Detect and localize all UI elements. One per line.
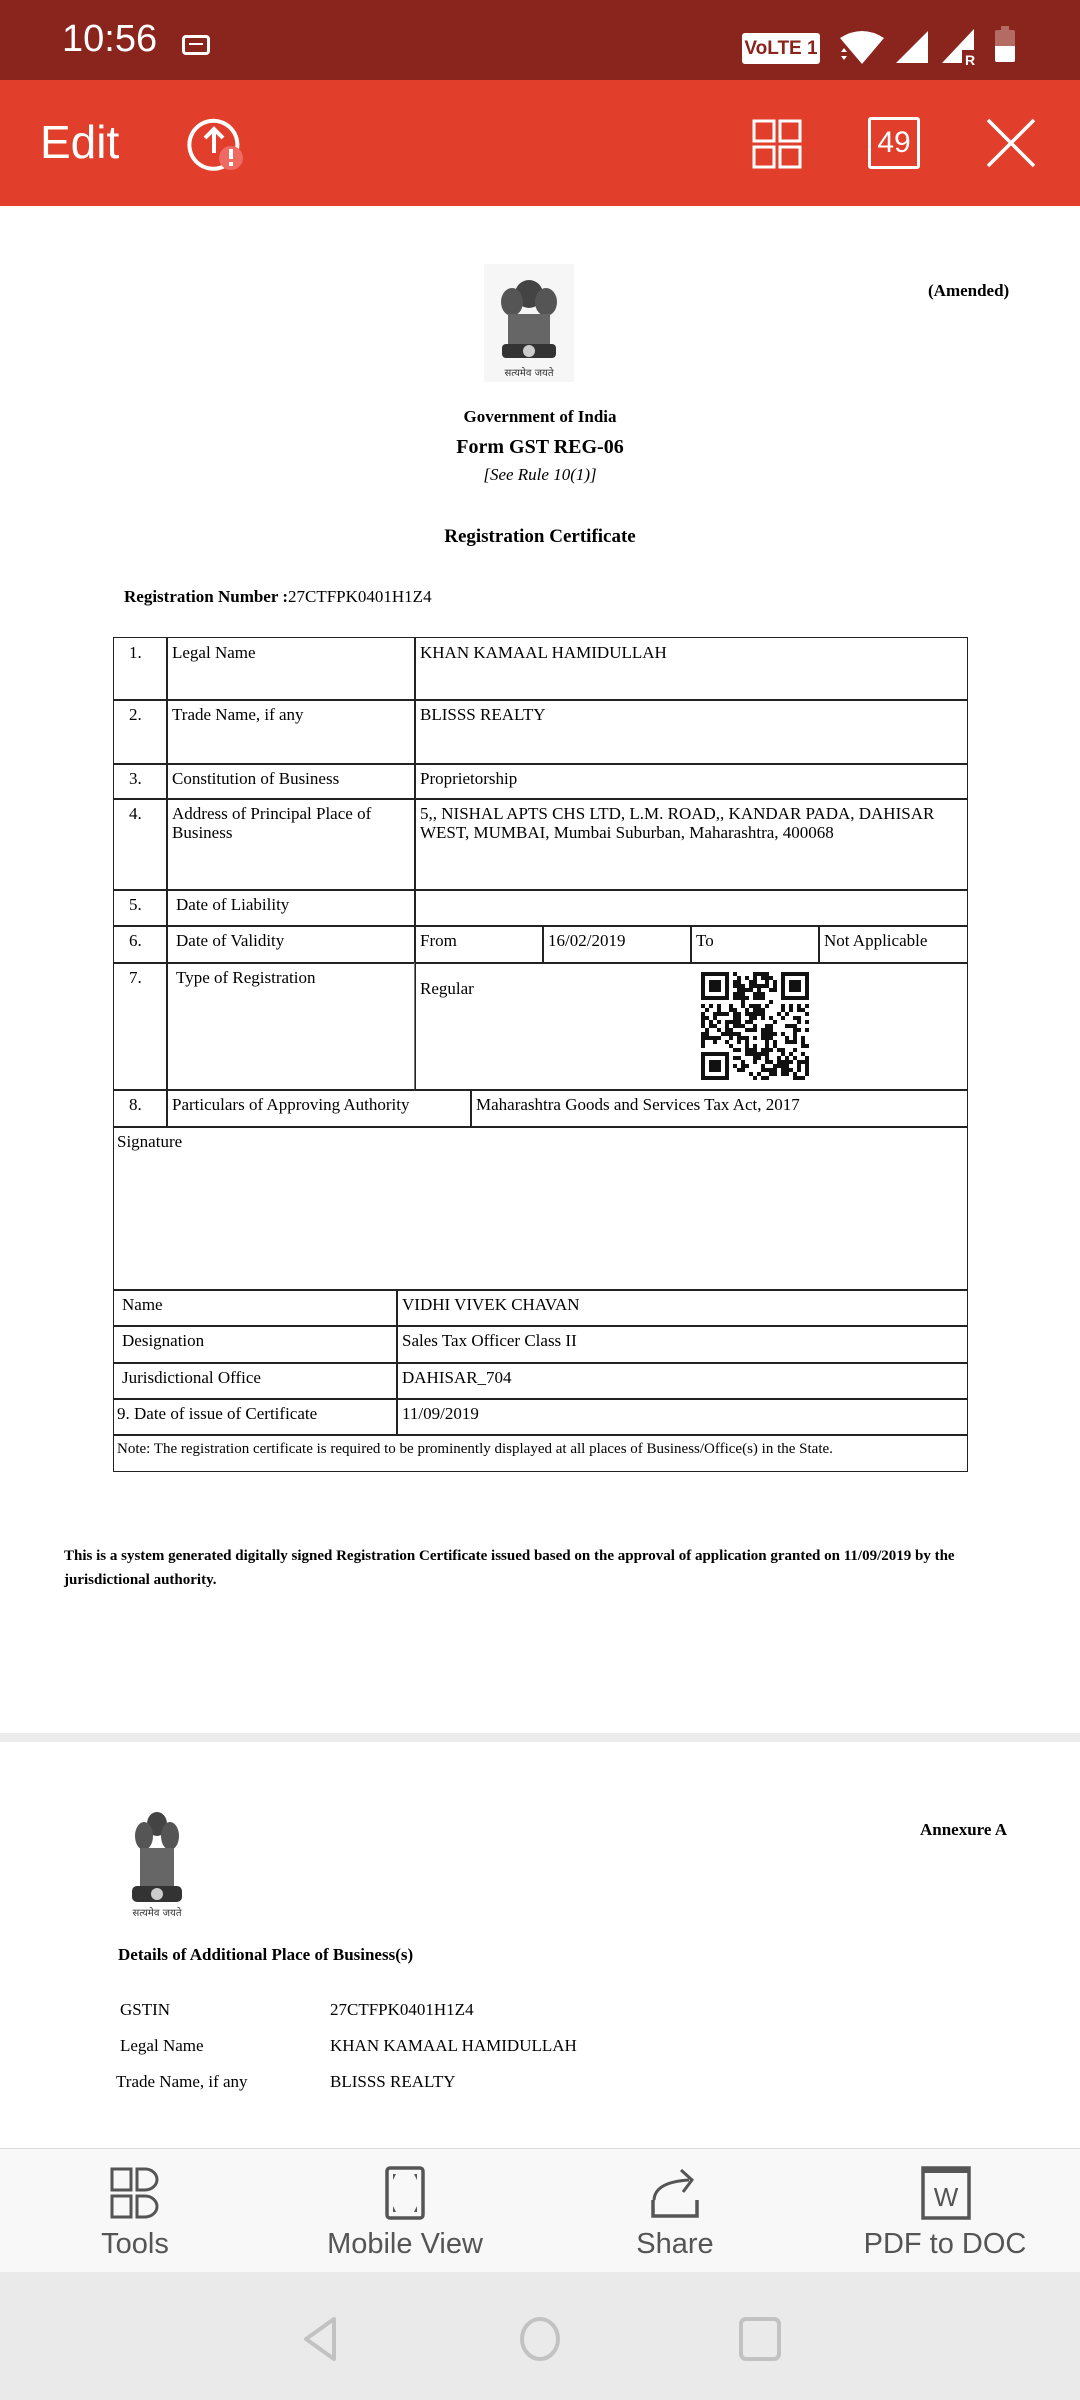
row-number: 2.: [113, 699, 168, 765]
form-title: Form GST REG-06: [0, 436, 1080, 459]
row-number: 7.: [113, 962, 168, 1091]
certificate-title: Registration Certificate: [0, 526, 1080, 548]
tools-label: Tools: [25, 2228, 245, 2261]
row-number: 6.: [113, 925, 168, 964]
page-count-button[interactable]: 49: [868, 117, 920, 169]
trade-name-value: BLISSS REALTY: [414, 699, 968, 765]
to-label: To: [690, 925, 820, 964]
rule-reference: [See Rule 10(1)]: [0, 465, 1080, 485]
officer-label: 9. Date of issue of Certificate: [113, 1398, 398, 1436]
mobile-view-icon: [385, 2166, 425, 2220]
row-number: 4.: [113, 798, 168, 891]
amended-label: (Amended): [928, 281, 1009, 301]
volte-badge: VoLTE 1: [742, 33, 820, 64]
page-separator: [0, 1733, 1080, 1742]
trade-name-label: Trade Name, if any: [116, 2072, 248, 2092]
system-generated-disclaimer: This is a system generated digitally sig…: [64, 1544, 1024, 1592]
row-label: Date of Validity: [166, 925, 416, 964]
registration-number-label: Registration Number :: [124, 587, 288, 606]
wifi-icon: [838, 30, 886, 66]
government-heading: Government of India: [0, 407, 1080, 427]
display-note: Note: The registration certificate is re…: [113, 1434, 968, 1472]
registration-type-value: Regular: [414, 962, 968, 1091]
share-icon: [649, 2166, 701, 2222]
registration-number: Registration Number :27CTFPK0401H1Z4: [124, 587, 432, 607]
status-time: 10:56: [62, 18, 157, 61]
annexure-label: Annexure A: [920, 1820, 1007, 1840]
close-icon[interactable]: [985, 117, 1037, 169]
gstin-label: GSTIN: [120, 2000, 170, 2020]
from-label: From: [414, 925, 544, 964]
row-number: 3.: [113, 763, 168, 800]
signal-roaming-icon: R: [940, 28, 980, 66]
designation-value: Sales Tax Officer Class II: [396, 1325, 968, 1364]
row-label: Particulars of Approving Authority: [166, 1089, 472, 1128]
row-label: Type of Registration: [166, 962, 416, 1091]
tools-icon: [109, 2166, 161, 2220]
trade-name-value: BLISSS REALTY: [330, 2072, 455, 2092]
legal-name-value: KHAN KAMAAL HAMIDULLAH: [414, 637, 968, 701]
approving-authority-value: Maharashtra Goods and Services Tax Act, …: [470, 1089, 968, 1128]
row-number: 8.: [113, 1089, 168, 1128]
officer-label: Jurisdictional Office: [113, 1362, 398, 1400]
address-value: 5,, NISHAL APTS CHS LTD, L.M. ROAD,, KAN…: [414, 798, 968, 891]
liability-date-value: [414, 889, 968, 927]
from-date-value: 16/02/2019: [542, 925, 692, 964]
voicemail-icon: [182, 35, 210, 55]
mobile-view-label: Mobile View: [295, 2228, 515, 2261]
upload-alert-icon[interactable]: [187, 113, 247, 173]
recents-icon[interactable]: [738, 2316, 784, 2362]
signature-box: Signature: [113, 1126, 968, 1291]
ashoka-emblem-icon: सत्यमेव जयते: [122, 1802, 192, 1920]
svg-text:सत्यमेव जयते: सत्यमेव जयते: [132, 1907, 181, 1919]
row-number: 1.: [113, 637, 168, 701]
svg-text:W: W: [934, 2182, 959, 2212]
edit-button[interactable]: Edit: [40, 115, 119, 169]
legal-name-value: KHAN KAMAAL HAMIDULLAH: [330, 2036, 577, 2056]
signal-icon: [894, 30, 930, 64]
additional-place-title: Details of Additional Place of Business(…: [118, 1945, 413, 1965]
back-icon[interactable]: [300, 2316, 340, 2362]
constitution-value: Proprietorship: [414, 763, 968, 800]
officer-label: Designation: [113, 1325, 398, 1364]
gstin-value: 27CTFPK0401H1Z4: [330, 2000, 474, 2020]
battery-icon: [995, 26, 1015, 62]
issue-date-value: 11/09/2019: [396, 1398, 968, 1436]
qr-code[interactable]: [701, 972, 809, 1080]
to-date-value: Not Applicable: [818, 925, 968, 964]
home-icon[interactable]: [518, 2316, 562, 2362]
grid-icon[interactable]: [752, 119, 802, 169]
officer-label: Name: [113, 1289, 398, 1327]
row-label: Trade Name, if any: [166, 699, 416, 765]
svg-text:R: R: [965, 52, 975, 66]
registration-number-value: 27CTFPK0401H1Z4: [288, 587, 432, 606]
pdf-to-doc-icon: W: [921, 2166, 971, 2220]
share-label: Share: [565, 2228, 785, 2261]
pdf-to-doc-label: PDF to DOC: [835, 2228, 1055, 2261]
row-label: Constitution of Business: [166, 763, 416, 800]
svg-text:सत्यमेव जयते: सत्यमेव जयते: [504, 367, 553, 379]
row-label: Legal Name: [166, 637, 416, 701]
row-number: 5.: [113, 889, 168, 927]
jurisdictional-office-value: DAHISAR_704: [396, 1362, 968, 1400]
row-label: Address of Principal Place of Business: [166, 798, 416, 891]
officer-name-value: VIDHI VIVEK CHAVAN: [396, 1289, 968, 1327]
legal-name-label: Legal Name: [120, 2036, 204, 2056]
row-label: Date of Liability: [166, 889, 416, 927]
ashoka-emblem-icon: सत्यमेव जयते: [484, 264, 574, 382]
